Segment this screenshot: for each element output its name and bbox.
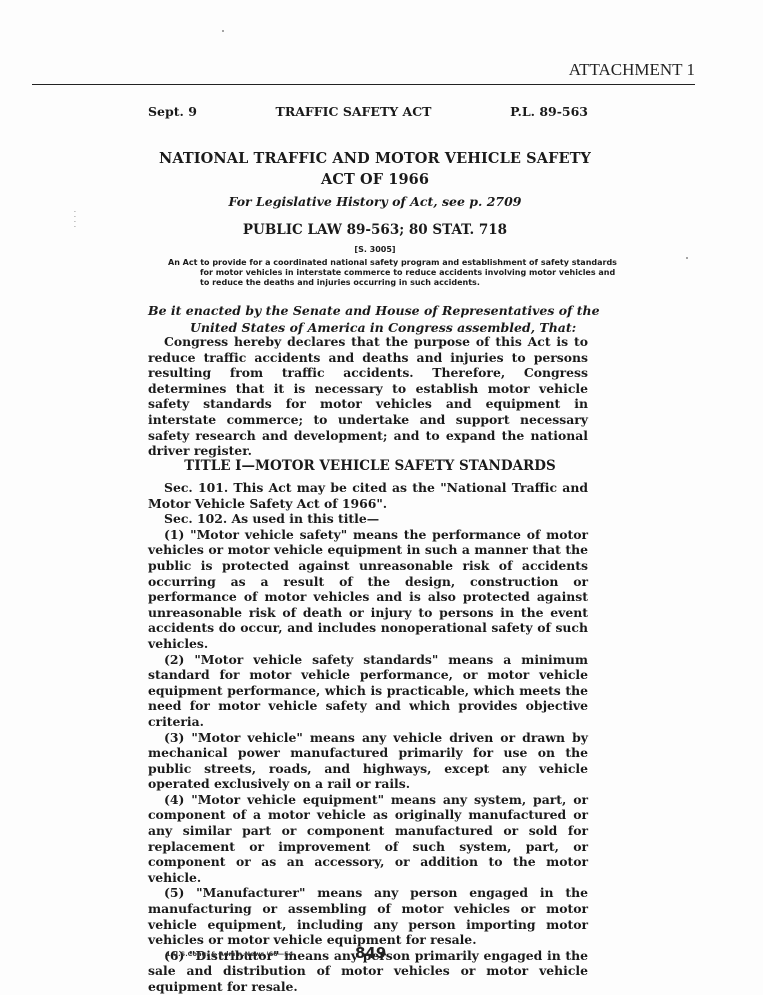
running-head: Sept. 9 TRAFFIC SAFETY ACT P.L. 89-563 xyxy=(148,104,588,119)
running-head-law: P.L. 89-563 xyxy=(510,104,588,119)
attachment-label: ATTACHMENT 1 xyxy=(569,60,695,80)
section-102: Sec. 102. As used in this title— xyxy=(148,511,588,527)
footnote: 1 U.S.Cong. & Admin.News '66—54 xyxy=(166,950,293,958)
public-law-citation: PUBLIC LAW 89-563; 80 STAT. 718 xyxy=(140,222,610,238)
enacting-clause: Be it enacted by the Senate and House of… xyxy=(148,302,638,336)
header-rule xyxy=(32,84,695,85)
act-title: NATIONAL TRAFFIC AND MOTOR VEHICLE SAFET… xyxy=(140,148,610,190)
scan-speck xyxy=(222,30,224,32)
definition-manufacturer: (5) "Manufacturer" means any person enga… xyxy=(148,885,588,947)
definition-safety-standards: (2) "Motor vehicle safety standards" mea… xyxy=(148,652,588,730)
legislative-history-note: For Legislative History of Act, see p. 2… xyxy=(140,194,610,209)
margin-scan-mark: ···· xyxy=(74,210,77,230)
definition-motor-vehicle: (3) "Motor vehicle" means any vehicle dr… xyxy=(148,730,588,792)
definition-motor-vehicle-equipment: (4) "Motor vehicle equipment" means any … xyxy=(148,792,588,886)
act-title-line2: ACT OF 1966 xyxy=(140,169,610,190)
scan-speck xyxy=(686,257,688,259)
running-head-date: Sept. 9 xyxy=(148,104,197,119)
definitions-section: Sec. 101. This Act may be cited as the "… xyxy=(148,480,588,995)
running-head-title: TRAFFIC SAFETY ACT xyxy=(276,104,432,119)
page-number: 849 xyxy=(355,944,386,962)
bill-number: [S. 3005] xyxy=(140,245,610,254)
definition-motor-vehicle-safety: (1) "Motor vehicle safety" means the per… xyxy=(148,527,588,652)
title-one-heading: TITLE I—MOTOR VEHICLE SAFETY STANDARDS xyxy=(140,458,600,474)
long-title: An Act to provide for a coordinated nati… xyxy=(168,258,620,288)
purpose-paragraph: Congress hereby declares that the purpos… xyxy=(148,334,588,459)
purpose-section: Congress hereby declares that the purpos… xyxy=(148,334,588,459)
act-title-line1: NATIONAL TRAFFIC AND MOTOR VEHICLE SAFET… xyxy=(140,148,610,169)
section-101: Sec. 101. This Act may be cited as the "… xyxy=(148,480,588,511)
